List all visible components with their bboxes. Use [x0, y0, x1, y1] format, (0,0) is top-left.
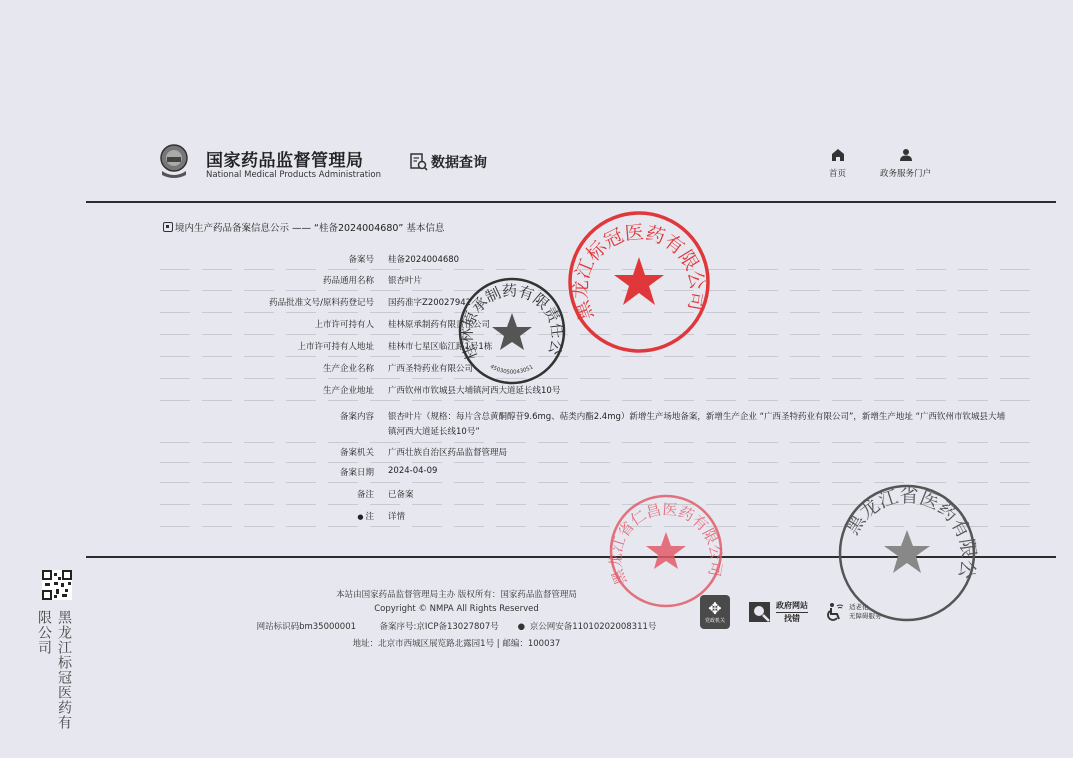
gov-site-find-error-link[interactable]: 政府网站 找错 [748, 600, 808, 624]
record-value: 银杏叶片（规格：每片含总黄酮醇苷9.6mg、萜类内酯2.4mg）新增生产场地备案… [388, 410, 1008, 440]
nav-gov-label: 政务服务门户 [880, 167, 931, 179]
record-label: 药品通用名称 [323, 274, 374, 286]
row-separator [160, 526, 1040, 527]
nav-home[interactable]: 首页 [829, 148, 846, 179]
record-value: 广西壮族自治区药品监督管理局 [388, 446, 507, 458]
police-badge-icon: ● [518, 622, 525, 632]
row-separator [160, 269, 1040, 270]
header-divider [86, 201, 1056, 203]
access-line1: 适老化 [849, 603, 882, 612]
row-separator [160, 290, 1040, 291]
row-separator [160, 378, 1040, 379]
section-icon [163, 222, 173, 232]
data-query-link[interactable]: 数据查询 [410, 152, 487, 172]
wheelchair-icon [826, 602, 846, 622]
footer-divider [86, 556, 1056, 558]
record-label: 备案号 [348, 253, 374, 265]
document-page: 国家药品监督管理局 National Medical Products Admi… [0, 0, 1073, 758]
record-label: 上市许可持有人地址 [297, 340, 374, 352]
magnifier-flag-icon [748, 600, 772, 624]
record-value: 国药准字Z20027942 [388, 296, 471, 308]
qr-code-icon [42, 570, 72, 600]
record-value: 桂林原承制药有限责任公司 [388, 318, 490, 330]
accessibility-service-link[interactable]: 适老化 无障碍服务 [826, 602, 882, 622]
row-separator [160, 400, 1040, 401]
row-separator [160, 334, 1040, 335]
record-label: 备案日期 [340, 466, 374, 478]
svg-text:黑龙江标冠医药有限公司: 黑龙江标冠医药有限公司 [570, 221, 709, 323]
row-separator [160, 482, 1040, 483]
footer-police-link[interactable]: 京公网安备11010202008311号 [530, 622, 657, 632]
record-value: 银杏叶片 [388, 274, 422, 286]
details-link[interactable]: 详情 [388, 510, 405, 522]
data-query-label: 数据查询 [431, 152, 487, 172]
nav-gov-service-portal[interactable]: 政务服务门户 [880, 148, 931, 179]
footer-address: 地址：北京市西城区展览路北露园1号 | 邮编：100037 [0, 637, 993, 649]
nav-home-label: 首页 [829, 167, 846, 179]
svg-text:黑龙江省医药有限公司: 黑龙江省医药有限公司 [836, 482, 978, 581]
footer-badges: ✥ 党政机关 政府网站 找错 适老化 无障碍服务 [700, 595, 882, 629]
row-separator [160, 442, 1040, 443]
svg-text:黑龙江省仁昌医药有限公司: 黑龙江省仁昌医药有限公司 [607, 500, 725, 587]
record-label: ●注 [357, 510, 374, 522]
record-label: 备案内容 [340, 410, 374, 422]
row-separator [160, 504, 1040, 505]
record-value: 2024-04-09 [388, 466, 437, 476]
site-title: 国家药品监督管理局 [206, 146, 364, 171]
record-label: 上市许可持有人 [314, 318, 374, 330]
record-value: 已备案 [388, 488, 414, 500]
section-title-text: 境内生产药品备案信息公示 —— “桂备2024004680” 基本信息 [175, 220, 444, 234]
svg-text:4503050043051: 4503050043051 [489, 364, 535, 376]
record-label: 药品批准文号/原料药登记号 [269, 296, 374, 308]
national-emblem-icon [158, 143, 190, 179]
gov-find-title: 政府网站 [776, 600, 808, 613]
record-value: 桂备2024004680 [388, 253, 459, 265]
record-value: 广西钦州市钦城县大埔镇河西大道延长线10号 [388, 384, 560, 396]
footer-site-id: 网站标识码bm35000001 [257, 622, 356, 632]
party-gov-icon: ✥ [708, 601, 721, 617]
record-label: 备注 [357, 488, 374, 500]
access-line2: 无障碍服务 [849, 612, 882, 621]
home-icon [831, 148, 845, 162]
site-subtitle: National Medical Products Administration [206, 170, 381, 180]
record-label-text: 注 [365, 512, 374, 522]
section-title: 境内生产药品备案信息公示 —— “桂备2024004680” 基本信息 [163, 220, 444, 234]
row-separator [160, 312, 1040, 313]
party-gov-label: 党政机关 [705, 617, 725, 624]
pin-icon: ● [357, 513, 363, 521]
side-company-note: 黑龙江标冠医药有限公司 [40, 610, 74, 740]
record-value: 桂林市七星区临江路1号1栋 [388, 340, 492, 352]
record-label: 生产企业地址 [323, 384, 374, 396]
party-gov-badge[interactable]: ✥ 党政机关 [700, 595, 730, 629]
gov-find-sub: 找错 [784, 613, 800, 624]
row-separator [160, 462, 1040, 463]
user-icon [899, 148, 913, 162]
footer-icp-link[interactable]: 备案序号:京ICP备13027807号 [380, 622, 499, 632]
record-label: 备案机关 [340, 446, 374, 458]
document-search-icon [410, 153, 428, 171]
row-separator [160, 356, 1040, 357]
record-label: 生产企业名称 [323, 362, 374, 374]
record-value: 广西圣特药业有限公司 [388, 362, 473, 374]
